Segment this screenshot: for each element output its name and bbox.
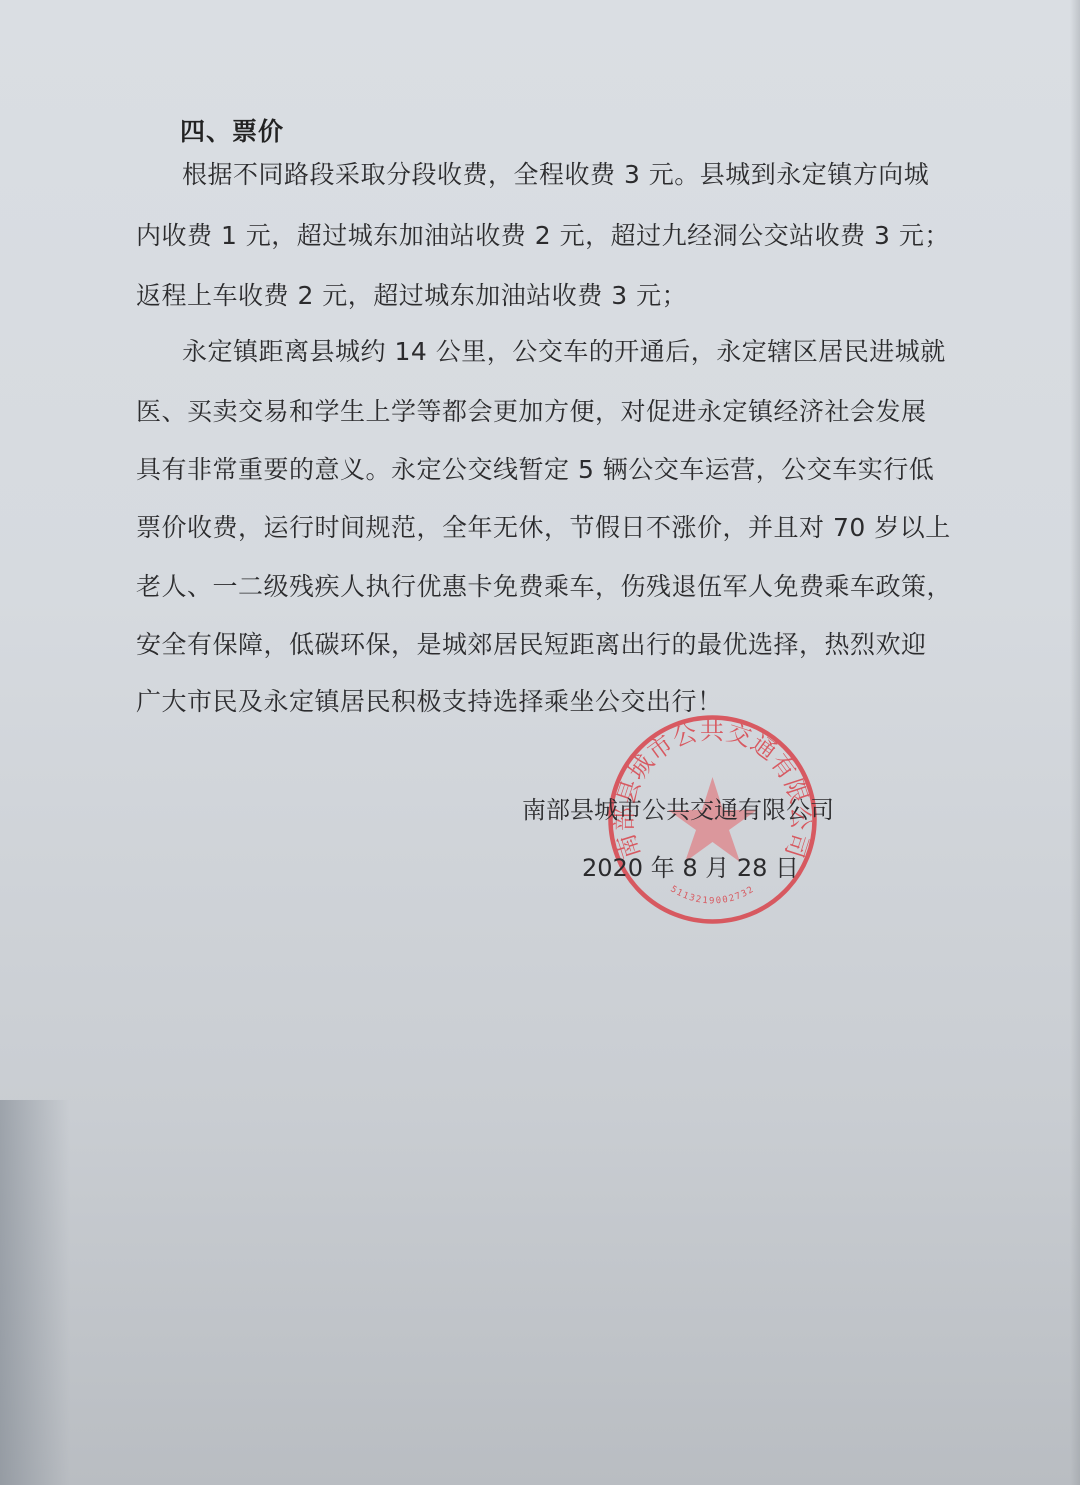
paragraph-line: 内收费 1 元，超过城东加油站收费 2 元，超过九经洞公交站收费 3 元； — [136, 216, 950, 252]
paragraph-line: 票价收费，运行时间规范，全年无休，节假日不涨价，并且对 70 岁以上 — [136, 508, 951, 544]
page-shadow — [0, 1100, 70, 1485]
page-edge-shadow — [1070, 0, 1080, 1485]
paragraph-line: 根据不同路段采取分段收费，全程收费 3 元。县城到永定镇方向城 — [182, 155, 929, 191]
svg-text:5113219002732: 5113219002732 — [668, 884, 756, 906]
paragraph-line: 老人、一二级残疾人执行优惠卡免费乘车，伤残退伍军人免费乘车政策， — [136, 567, 952, 603]
section-heading: 四、票价 — [180, 112, 284, 148]
signature-date: 2020 年 8 月 28 日 — [582, 848, 799, 883]
paragraph-line: 医、买卖交易和学生上学等都会更加方便，对促进永定镇经济社会发展 — [136, 392, 927, 428]
seal-code-text: 5113219002732 — [668, 884, 756, 906]
paragraph-line: 返程上车收费 2 元，超过城东加油站收费 3 元； — [136, 276, 687, 312]
paragraph-line: 永定镇距离县城约 14 公里，公交车的开通后，永定辖区居民进城就 — [182, 332, 946, 368]
signature-company: 南部县城市公共交通有限公司 — [522, 790, 834, 825]
paragraph-line: 安全有保障，低碳环保，是城郊居民短距离出行的最优选择，热烈欢迎 — [136, 625, 927, 661]
paragraph-line: 具有非常重要的意义。永定公交线暂定 5 辆公交车运营，公交车实行低 — [136, 450, 934, 486]
document-page: 四、票价 根据不同路段采取分段收费，全程收费 3 元。县城到永定镇方向城 内收费… — [0, 0, 1080, 1485]
